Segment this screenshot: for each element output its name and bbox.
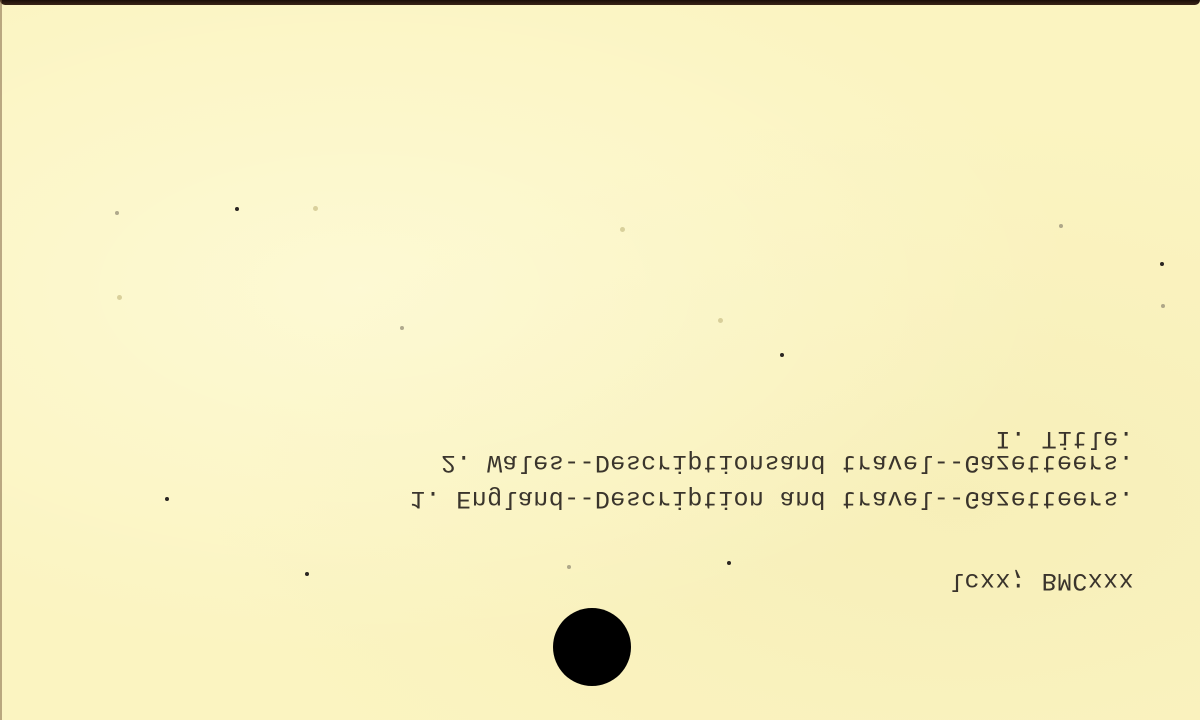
- ink-speck: [780, 353, 784, 357]
- call-number: lcxx; BMCxxx: [949, 566, 1134, 595]
- card-top-edge: [0, 0, 1200, 5]
- ink-speck: [115, 211, 119, 215]
- paper-mark: [117, 295, 122, 300]
- ink-speck: [400, 326, 404, 330]
- ink-speck: [1160, 262, 1164, 266]
- paper-mark: [313, 206, 318, 211]
- ink-speck: [567, 565, 571, 569]
- ink-speck: [235, 207, 239, 211]
- subject-heading-1: 1. England--Description and travel--Gaze…: [410, 484, 1134, 513]
- paper-mark: [620, 227, 625, 232]
- subject-heading-2: 2. Wales--Descriptionsand travel--Gazett…: [441, 448, 1134, 477]
- ink-speck: [1059, 224, 1063, 228]
- catalog-card: I. Title. 2. Wales--Descriptionsand trav…: [0, 0, 1200, 720]
- paper-mark: [718, 318, 723, 323]
- card-left-edge: [0, 0, 2, 720]
- ink-speck: [1161, 304, 1165, 308]
- ink-speck: [305, 572, 309, 576]
- ink-speck: [165, 497, 169, 501]
- punch-hole: [553, 608, 631, 686]
- ink-speck: [727, 561, 731, 565]
